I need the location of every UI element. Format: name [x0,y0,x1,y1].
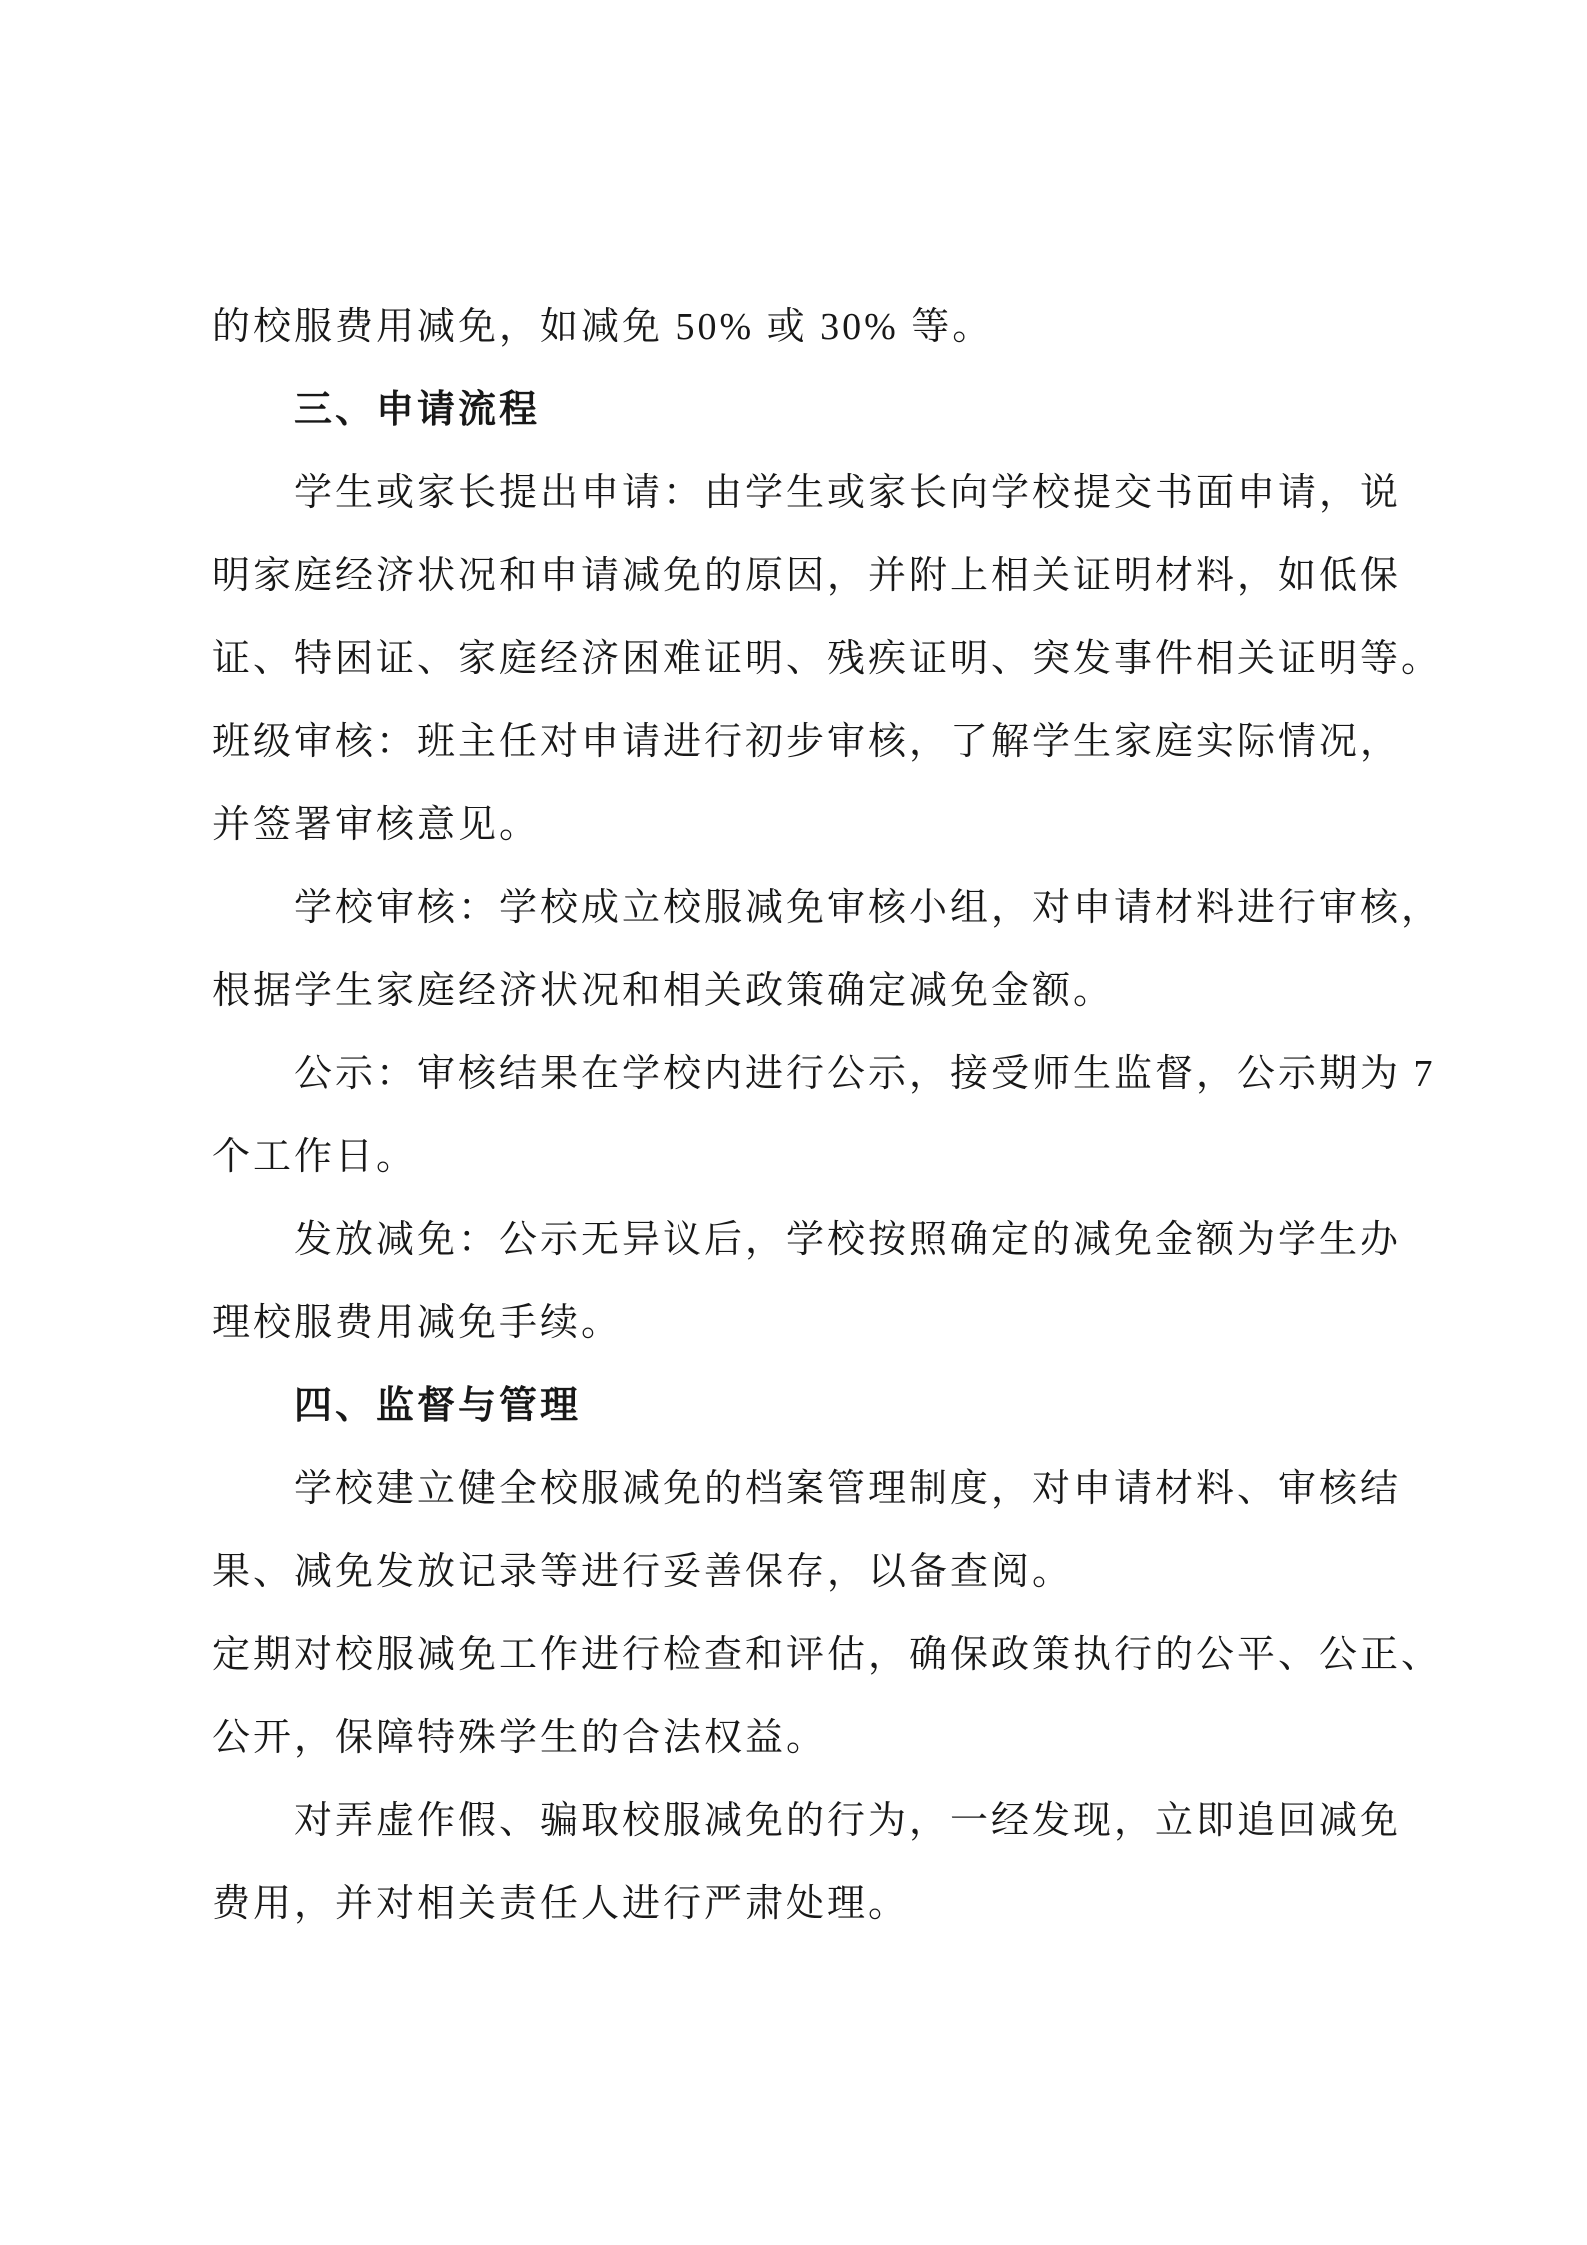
body-line: 对弄虚作假、骗取校服减免的行为，一经发现，立即追回减免 [212,1780,1457,1863]
body-line: 证、特困证、家庭经济困难证明、残疾证明、突发事件相关证明等。 [212,618,1457,701]
body-line: 理校服费用减免手续。 [212,1282,1457,1365]
body-line: 根据学生家庭经济状况和相关政策确定减免金额。 [212,950,1457,1033]
body-line: 个工作日。 [212,1116,1457,1199]
body-line: 班级审核：班主任对申请进行初步审核，了解学生家庭实际情况， [212,701,1457,784]
body-line: 发放减免：公示无异议后，学校按照确定的减免金额为学生办 [212,1199,1457,1282]
section-heading-3: 三、申请流程 [212,369,1457,452]
body-line: 学校建立健全校服减免的档案管理制度，对申请材料、审核结 [212,1448,1457,1531]
body-line: 定期对校服减免工作进行检查和评估，确保政策执行的公平、公正、 [212,1614,1457,1697]
body-line: 并签署审核意见。 [212,784,1457,867]
body-line: 公开，保障特殊学生的合法权益。 [212,1697,1457,1780]
body-line: 学校审核：学校成立校服减免审核小组，对申请材料进行审核， [212,867,1457,950]
body-line: 费用，并对相关责任人进行严肃处理。 [212,1863,1457,1946]
body-line: 学生或家长提出申请：由学生或家长向学校提交书面申请，说 [212,452,1457,535]
document-text-block: 的校服费用减免，如减免 50% 或 30% 等。 三、申请流程 学生或家长提出申… [212,286,1457,1946]
body-line: 公示：审核结果在学校内进行公示，接受师生监督，公示期为 7 [212,1033,1457,1116]
body-line: 明家庭经济状况和申请减免的原因，并附上相关证明材料，如低保 [212,535,1457,618]
section-heading-4: 四、监督与管理 [212,1365,1457,1448]
body-line: 的校服费用减免，如减免 50% 或 30% 等。 [212,286,1457,369]
body-line: 果、减免发放记录等进行妥善保存，以备查阅。 [212,1531,1457,1614]
document-page: 的校服费用减免，如减免 50% 或 30% 等。 三、申请流程 学生或家长提出申… [0,0,1587,2245]
